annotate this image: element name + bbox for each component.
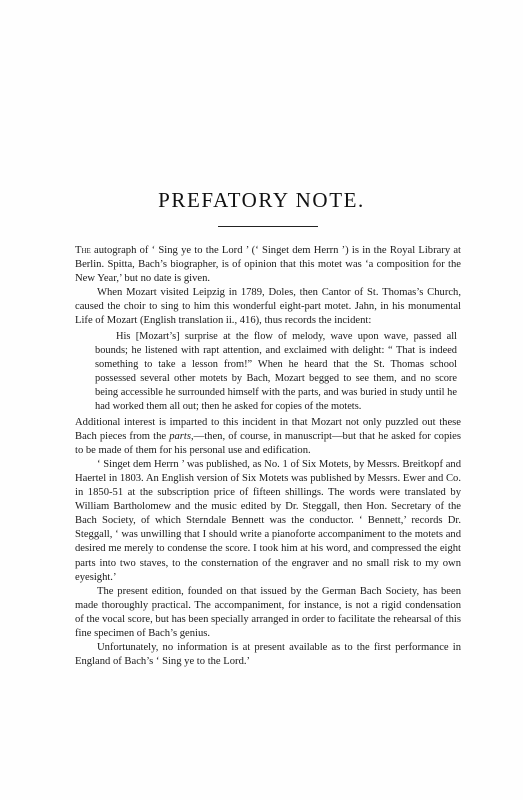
- document-page: PREFATORY NOTE. The autograph of ‘ Sing …: [0, 0, 523, 800]
- paragraph-lead-word: The: [75, 245, 91, 256]
- paragraph-additional-interest: Additional interest is imparted to this …: [75, 416, 461, 458]
- paragraph-publication-history: ‘ Singet dem Herrn ’ was published, as N…: [75, 458, 461, 585]
- block-quote-jahn: His [Mozart’s] surprise at the flow of m…: [95, 330, 457, 414]
- document-body: The autograph of ‘ Sing ye to the Lord ’…: [75, 244, 461, 669]
- page-title: PREFATORY NOTE.: [0, 188, 523, 213]
- paragraph-text: autograph of ‘ Sing ye to the Lord ’ (‘ …: [75, 245, 461, 284]
- emphasis-parts: parts: [169, 431, 191, 442]
- title-divider: [218, 226, 318, 227]
- paragraph-mozart-visit: When Mozart visited Leipzig in 1789, Dol…: [75, 286, 461, 328]
- paragraph-present-edition: The present edition, founded on that iss…: [75, 585, 461, 641]
- paragraph-first-performance: Unfortunately, no information is at pres…: [75, 641, 461, 669]
- paragraph-autograph: The autograph of ‘ Sing ye to the Lord ’…: [75, 244, 461, 286]
